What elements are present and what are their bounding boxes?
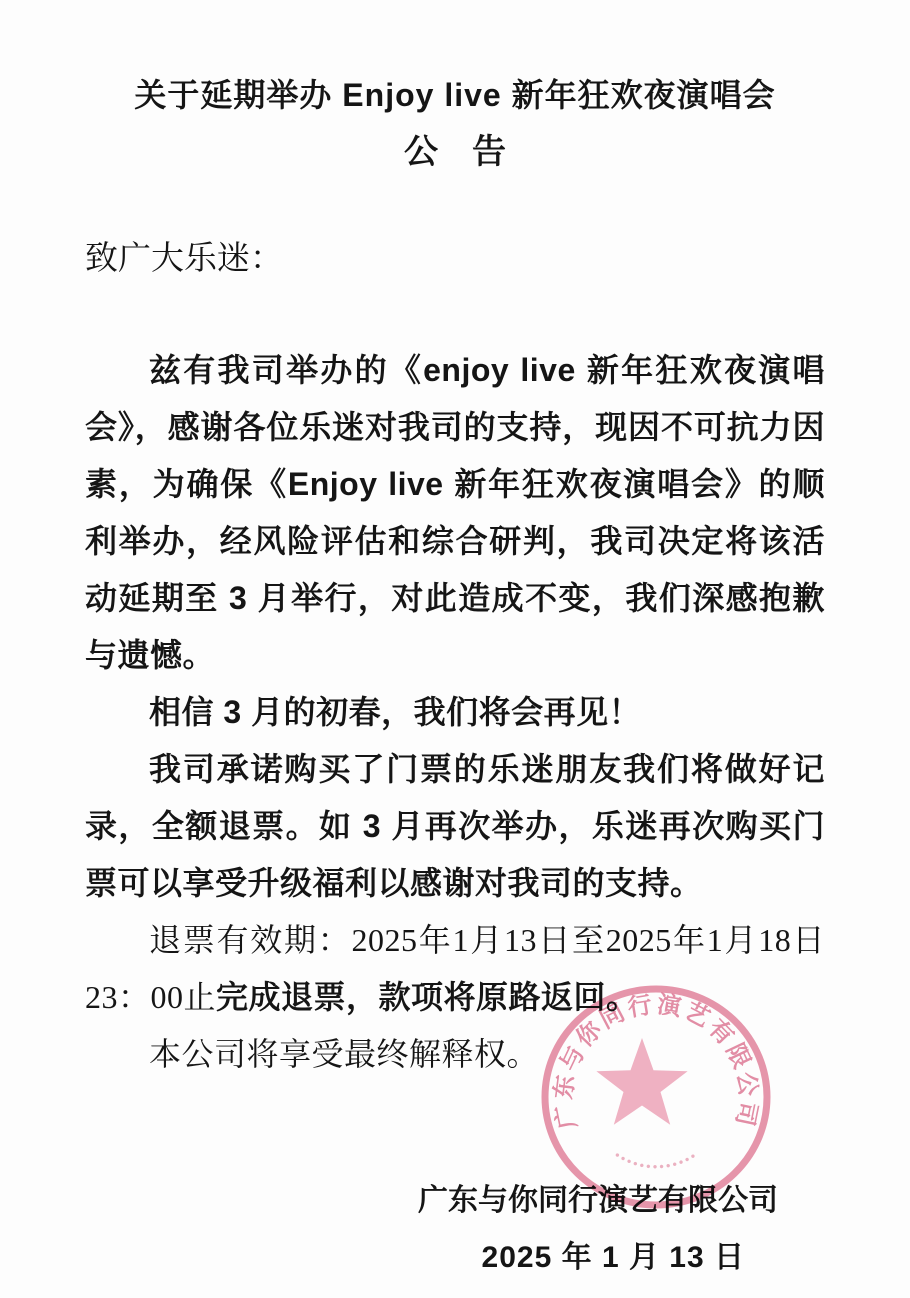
paragraph-refund-period: 退票有效期：2025年1月13日至2025年1月18日23：00止完成退票，款项… [85,912,825,1026]
paragraph-refund-promise: 我司承诺购买了门票的乐迷朋友我们将做好记录，全额退票。如 3 月再次举办，乐迷再… [85,741,825,912]
refund-return-text: 完成退票，款项将原路返回。 [216,979,639,1015]
announcement-page: 关于延期举办 Enjoy live 新年狂欢夜演唱会 公 告 致广大乐迷： 兹有… [0,0,910,1298]
seal-code-dots: ●●●●●●●●●●●●● [613,1150,699,1171]
salutation: 致广大乐迷： [85,236,825,282]
seal-code-dots-holder: ●●●●●●●●●●●●● [613,1150,699,1171]
paragraph-postpone-notice: 兹有我司举办的《enjoy live 新年狂欢夜演唱会》，感谢各位乐迷对我司的支… [85,342,825,684]
seal-code-path [597,1138,715,1169]
document-title: 关于延期举办 Enjoy live 新年狂欢夜演唱会 [85,72,825,118]
signature-block: 广东与你同行演艺有限公司 2025 年 1 月 13 日 [85,1178,825,1281]
document-subtitle: 公 告 [85,130,825,176]
paragraph-see-you-in-march: 相信 3 月的初春，我们将会再见！ [85,684,825,741]
company-name: 广东与你同行演艺有限公司 [85,1178,825,1224]
paragraph-final-interpretation: 本公司将享受最终解释权。 [85,1026,825,1083]
announcement-body: 兹有我司举办的《enjoy live 新年狂欢夜演唱会》，感谢各位乐迷对我司的支… [85,342,825,1083]
document-date: 2025 年 1 月 13 日 [85,1235,825,1281]
